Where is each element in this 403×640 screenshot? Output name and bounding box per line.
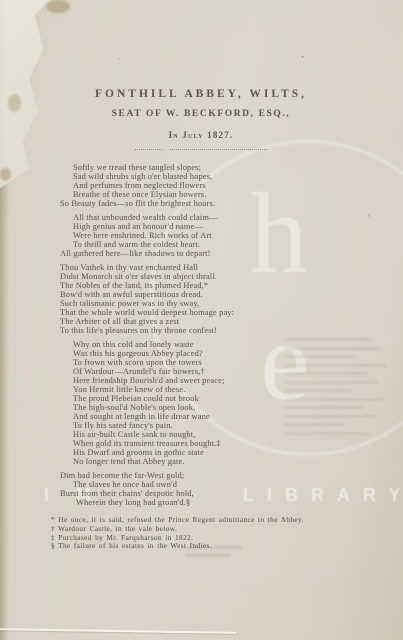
poem-line: Wherein they long had groan'd.§ [76,498,362,507]
poem-line: His air-built Castle sank to nought, [73,430,362,439]
footnotes: * He once, it is said, refused the Princ… [40,516,354,551]
poem-line: His Dwarf and grooms in gothic state [73,448,362,457]
poem-line: Breathe of these once Elysian bowers. [73,190,362,199]
poem-line: Here friendship flourish'd and sweet pea… [73,376,362,385]
poem-line: Was this his gorgeous Abbey placed? [73,349,362,358]
paper-crease [0,628,236,633]
poem-line: Softly we tread these tangled slopes; [73,163,362,172]
page-date-line: In July 1827. [40,130,362,140]
poem-line: Burst from their chains' despotic hold, [60,489,362,498]
scanned-page: h e IM LIBRARY FONTHILL ABBEY, WILTS, SE… [0,0,403,640]
poem-line: Sad wild shrubs sigh o'er blasted hopes, [73,172,362,181]
printed-content: FONTHILL ABBEY, WILTS, SEAT OF W. BECKFO… [40,88,362,551]
poem-line: The Arbiter of all that gives a zest [60,317,362,326]
paper-speck [118,58,120,60]
poem-line: Thou Vathek in thy vast enchanted Hall [60,263,362,272]
poem-line: And sought at length in life drear wane [73,412,362,421]
poem-line: Didst Monarch sit o'er slaves in abject … [60,272,362,281]
poem-line: Were here enshrined. Rich works of Art [73,231,362,240]
stanza: All that unbounded wealth could claim—Hi… [60,213,362,258]
poem-line: So Beauty fades—so flit the brightest ho… [60,199,362,208]
poem-line: The high-soul'd Noble's open look, [73,403,362,412]
page-title: FONTHILL ABBEY, WILTS, [40,88,362,100]
poem-line: Bow'd with an awful superstitious dread. [60,290,362,299]
paper-stain [8,94,21,112]
poem-line: To thrill and warm the coldest heart. [73,240,362,249]
poem-line: To fly his sated fancy's pain. [73,421,362,430]
poem-line: Such talismanic power was in thy sway, [60,299,362,308]
poem-line: The Nobles of the land, its plumed Head,… [60,281,362,290]
stanza: Why on this cold and lonely wasteWas thi… [60,340,362,466]
poem-line: And perfumes from neglected flowers [73,181,362,190]
poem-line: All that unbounded wealth could claim— [73,213,362,222]
poem-line: No longer tend that Abbey gate. [73,457,362,466]
poem-line: That the whole world would deepest homag… [60,308,362,317]
poem: Softly we tread these tangled slopes;Sad… [60,163,362,507]
decorative-rule [135,149,267,150]
poem-line: High genius and an honour'd name— [73,222,362,231]
paper-speck [301,56,304,58]
poem-line: Of Wardour—Arundel's fair bowers,† [73,367,362,376]
poem-line: The proud Plebeian could not brook [73,394,362,403]
poem-line: Dim had become the far-West gold; [60,471,362,480]
stanza: Dim had become the far-West gold;The sla… [60,471,362,507]
stanza: Thou Vathek in thy vast enchanted HallDi… [60,263,362,335]
footnote: § The failure of his estates in the West… [40,542,354,551]
poem-line: Yon Hermit little knew of these. [73,385,362,394]
poem-line: All gathered here—like shadows to depart… [60,249,362,258]
paper-stain [0,168,11,181]
poem-line: When gold its transient treasures bought… [73,439,362,448]
poem-line: To this life's pleasures on thy throne c… [60,326,362,335]
stanza: Softly we tread these tangled slopes;Sad… [60,163,362,208]
paper-stain [46,0,70,13]
page-subtitle: SEAT OF W. BECKFORD, ESQ., [40,109,362,119]
poem-line: Why on this cold and lonely waste [73,340,362,349]
poem-line: To frown with scorn upon the towers [73,358,362,367]
poem-line: The slaves he once had own'd [73,480,362,489]
